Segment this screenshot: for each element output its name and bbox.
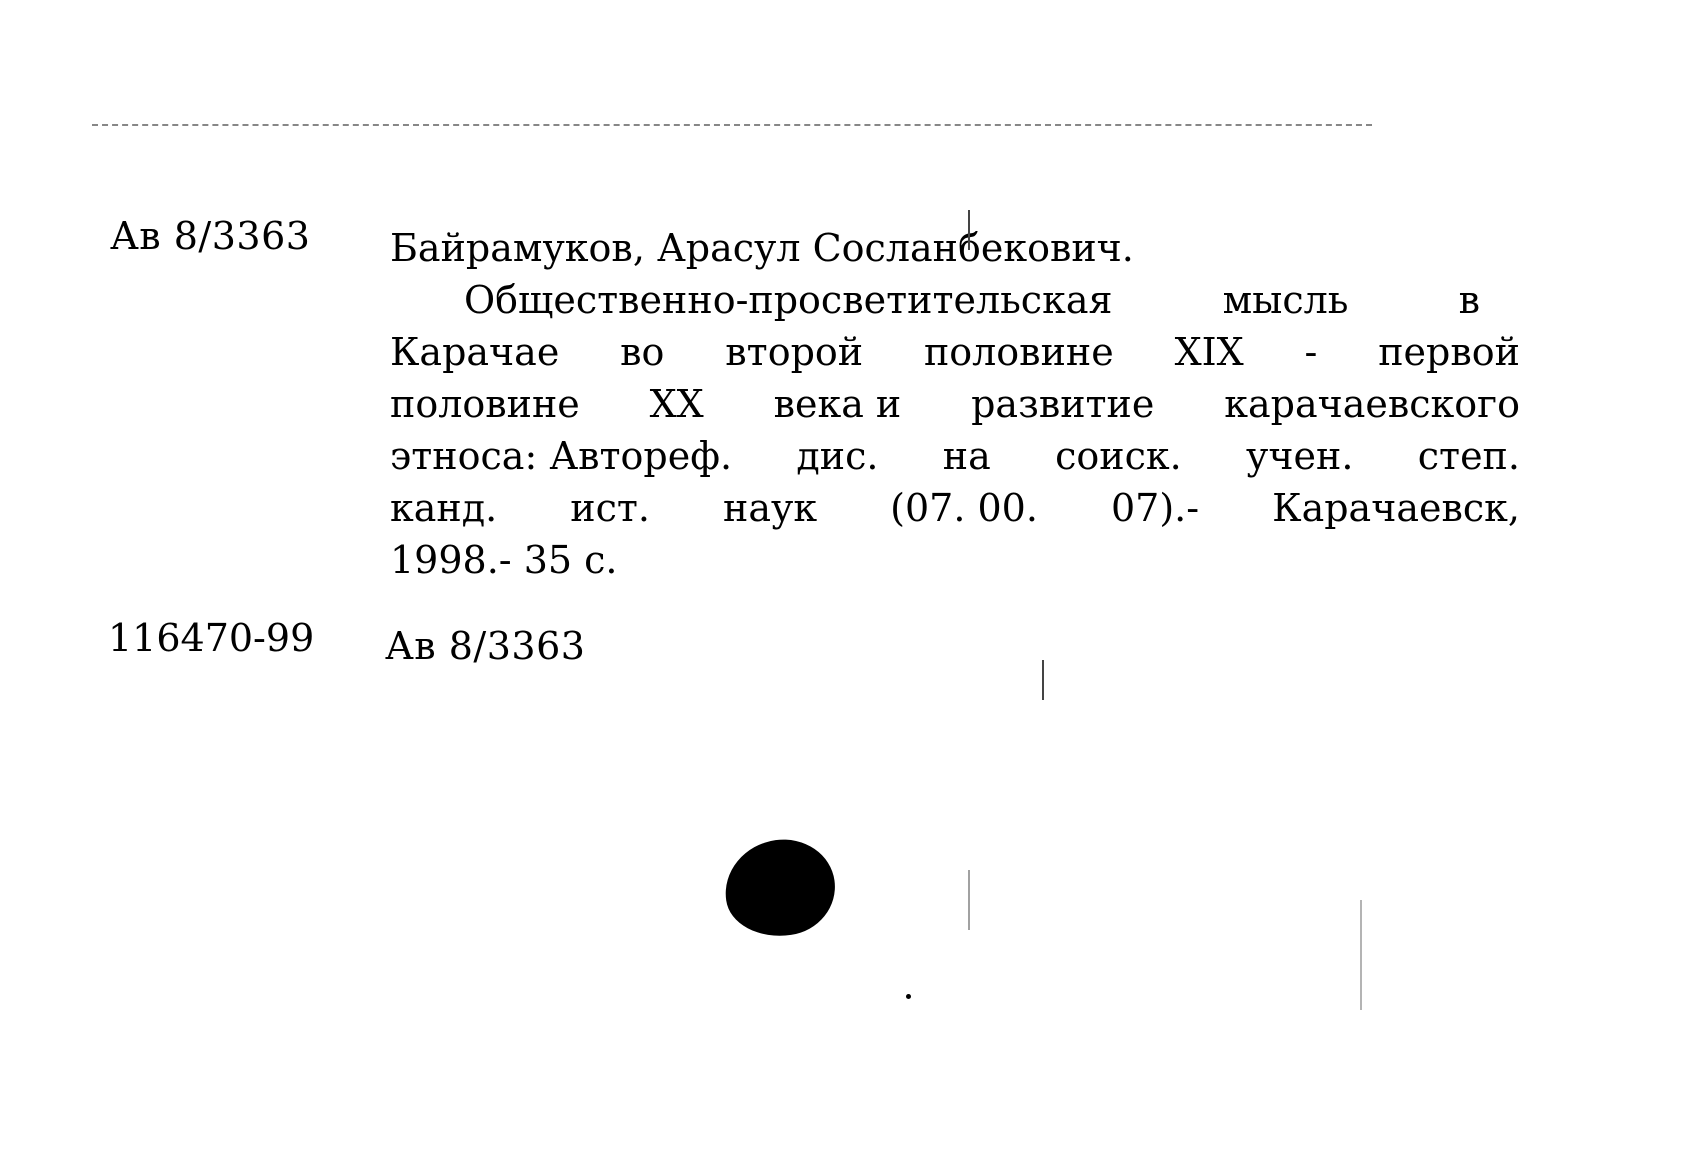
title-block: Общественно-просветительскаямысльвКарача… — [390, 274, 1520, 586]
title-word: первой — [1378, 326, 1520, 378]
title-word: XX — [650, 378, 704, 430]
title-word: на — [943, 430, 991, 482]
title-word: века и — [774, 378, 902, 430]
title-line: половинеXXвека иразвитиекарачаевского — [390, 378, 1520, 430]
title-word: мысль — [1223, 274, 1349, 326]
top-dashed-edge — [92, 124, 1372, 126]
title-word: (07. 00. — [890, 482, 1038, 534]
title-word: карачаевского — [1224, 378, 1520, 430]
title-line: КарачаевовторойполовинеXIX-первой — [390, 326, 1520, 378]
shelfmark-top: Ав 8/3363 — [110, 214, 310, 258]
title-word: канд. — [390, 482, 497, 534]
title-word: Карачаевск, — [1272, 482, 1520, 534]
title-word: половине — [390, 378, 580, 430]
title-line: 1998.- 35 с. — [390, 534, 1520, 586]
bibliographic-entry: Байрамуков, Арасул Сосланбекович. Общест… — [390, 222, 1520, 586]
title-line: Общественно-просветительскаямысльв — [390, 274, 1520, 326]
title-word: Карачае — [390, 326, 559, 378]
title-word: развитие — [971, 378, 1154, 430]
title-word: 07).- — [1111, 482, 1199, 534]
title-word: дис. — [796, 430, 878, 482]
inventory-number: 116470-99 — [108, 616, 314, 660]
title-word: ист. — [570, 482, 650, 534]
speck — [906, 994, 911, 999]
title-word: во — [620, 326, 664, 378]
title-word: наук — [723, 482, 817, 534]
title-word: этноса: Автореф. — [390, 430, 732, 482]
title-word: 1998.- 35 с. — [390, 534, 618, 586]
scan-artifact — [968, 210, 970, 250]
author-name: Байрамуков, Арасул Сосланбекович. — [390, 222, 1134, 274]
title-line: канд.ист.наук(07. 00.07).-Карачаевск, — [390, 482, 1520, 534]
title-word: в — [1459, 274, 1480, 326]
scan-artifact — [968, 870, 970, 930]
scan-artifact — [1042, 660, 1044, 700]
title-line: этноса: Автореф.дис.насоиск.учен.степ. — [390, 430, 1520, 482]
title-word: - — [1305, 326, 1318, 378]
title-word: соиск. — [1055, 430, 1182, 482]
scan-artifact — [1360, 900, 1362, 1010]
title-word: учен. — [1246, 430, 1353, 482]
catalog-card: Ав 8/3363 Байрамуков, Арасул Сосланбеков… — [0, 0, 1696, 1176]
shelfmark-bottom: Ав 8/3363 — [385, 624, 585, 668]
title-word: половине — [924, 326, 1114, 378]
title-word: второй — [725, 326, 863, 378]
title-word: Общественно-просветительская — [464, 274, 1112, 326]
title-word: XIX — [1175, 326, 1244, 378]
title-word: степ. — [1418, 430, 1520, 482]
ink-blot — [719, 833, 841, 943]
author-line: Байрамуков, Арасул Сосланбекович. — [390, 222, 1520, 274]
